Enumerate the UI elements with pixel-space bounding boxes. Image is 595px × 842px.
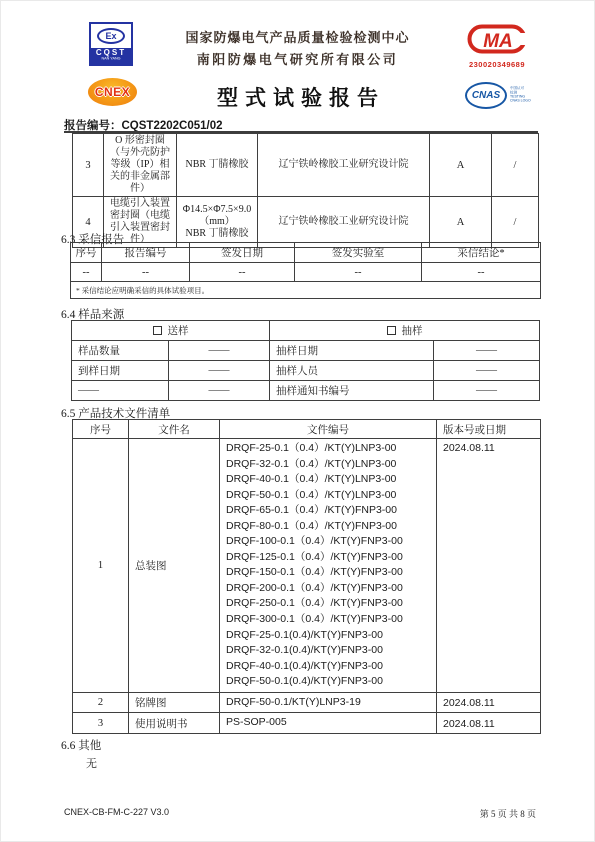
table-row: 到样日期 —— 抽样人员 —— [72,361,540,381]
component-no: 3 [73,134,104,197]
org-name-line2: 南阳防爆电气研究所有限公司 [1,49,594,68]
document-no: 3 [73,713,129,734]
document-codes: DRQF-25-0.1（0.4）/KT(Y)LNP3-00 DRQF-32-0.… [220,439,437,693]
report-page: Ex CQST NAN YANG MA 230020349689 国家防爆电气产… [0,0,595,842]
section-6-6-content: 无 [86,755,97,771]
document-name: 铭牌图 [129,692,220,713]
document-version: 2024.08.11 [437,713,541,734]
cell-value: -- [422,263,541,282]
component-remark: / [492,134,539,197]
field-label: 抽样日期 [270,341,434,361]
field-value: —— [169,381,270,401]
field-label: 样品数量 [72,341,169,361]
document-no: 2 [73,692,129,713]
cnas-logo: CNAS 中国认可 检测 TESTING CNAS LOGO [465,81,570,109]
org-name-line1: 国家防爆电气产品质量检验检测中心 [1,27,594,46]
column-header: 文件编号 [220,420,437,439]
component-manufacturer: 辽宁铁岭橡胶工业研究设计院 [258,197,430,248]
footer-form-number: CNEX-CB-FM-C-227 V3.0 [64,807,169,817]
component-manufacturer: 辽宁铁岭橡胶工业研究设计院 [258,134,430,197]
cell-value: -- [190,263,295,282]
component-grade: A [430,197,492,248]
table-row: 1 总装图 DRQF-25-0.1（0.4）/KT(Y)LNP3-00 DRQF… [73,439,541,693]
adopted-reports-table: 序号 报告编号 签发日期 签发实验室 采信结论* -- -- -- -- -- … [70,242,541,299]
field-label: 抽样通知书编号 [270,381,434,401]
field-label: 到样日期 [72,361,169,381]
document-version: 2024.08.11 [437,439,541,693]
component-table: 3 O 形密封圈（与外壳防护等级（IP）相关的非金属部件） NBR 丁腈橡胶 辽… [72,133,539,248]
table-row: 3 O 形密封圈（与外壳防护等级（IP）相关的非金属部件） NBR 丁腈橡胶 辽… [73,134,539,197]
component-name: O 形密封圈（与外壳防护等级（IP）相关的非金属部件） [104,134,177,197]
field-label: 抽样人员 [270,361,434,381]
sample-sent-option: 送样 [72,321,270,341]
field-value: —— [434,381,540,401]
checkbox-sent-sample-icon [153,326,162,335]
document-name: 总装图 [129,439,220,693]
component-spec: Φ14.5×Φ7.5×9.0 （mm） NBR 丁腈橡胶 [177,197,258,248]
table-note-row: * 采信结论应明确采信的具体试验项目。 [71,282,541,299]
technical-documents-table: 序号 文件名 文件编号 版本号或日期 1 总装图 DRQF-25-0.1（0.4… [72,419,541,734]
cell-value: -- [71,263,102,282]
table-row: —— —— 抽样通知书编号 —— [72,381,540,401]
table-footnote: * 采信结论应明确采信的具体试验项目。 [71,282,541,299]
document-name: 使用说明书 [129,713,220,734]
field-value: —— [169,361,270,381]
table-header-row: 序号 文件名 文件编号 版本号或日期 [73,420,541,439]
document-version: 2024.08.11 [437,692,541,713]
component-grade: A [430,134,492,197]
table-row: -- -- -- -- -- [71,263,541,282]
table-row: 样品数量 —— 抽样日期 —— [72,341,540,361]
cell-value: -- [295,263,422,282]
column-header: 序号 [73,420,129,439]
column-header: 签发实验室 [295,243,422,263]
column-header: 采信结论* [422,243,541,263]
section-6-6-label: 6.6 其他 [61,737,101,753]
table-header-row: 送样 抽样 [72,321,540,341]
cell-value: -- [102,263,190,282]
table-row: 4 电缆引入装置密封圈（电缆引入装置密封件） Φ14.5×Φ7.5×9.0 （m… [73,197,539,248]
column-header: 报告编号 [102,243,190,263]
footer-page-number: 第 5 页 共 8 页 [480,807,536,820]
component-spec: NBR 丁腈橡胶 [177,134,258,197]
table-row: 3 使用说明书 PS-SOP-005 2024.08.11 [73,713,541,734]
column-header: 签发日期 [190,243,295,263]
cnas-mark-icon: CNAS [465,82,507,109]
field-label: —— [72,381,169,401]
field-value: —— [169,341,270,361]
field-value: —— [434,341,540,361]
document-codes: PS-SOP-005 [220,713,437,734]
component-remark: / [492,197,539,248]
cnas-side-text: 中国认可 检测 TESTING CNAS LOGO [510,87,545,103]
column-header: 文件名 [129,420,220,439]
checkbox-drawn-sample-icon [387,326,396,335]
document-no: 1 [73,439,129,693]
column-header: 序号 [71,243,102,263]
field-value: —— [434,361,540,381]
table-header-row: 序号 报告编号 签发日期 签发实验室 采信结论* [71,243,541,263]
column-header: 版本号或日期 [437,420,541,439]
sample-drawn-option: 抽样 [270,321,540,341]
table-row: 2 铭牌图 DRQF-50-0.1/KT(Y)LNP3-19 2024.08.1… [73,692,541,713]
document-codes: DRQF-50-0.1/KT(Y)LNP3-19 [220,692,437,713]
sample-source-table: 送样 抽样 样品数量 —— 抽样日期 —— 到样日期 —— 抽样人员 —— ——… [71,320,540,401]
